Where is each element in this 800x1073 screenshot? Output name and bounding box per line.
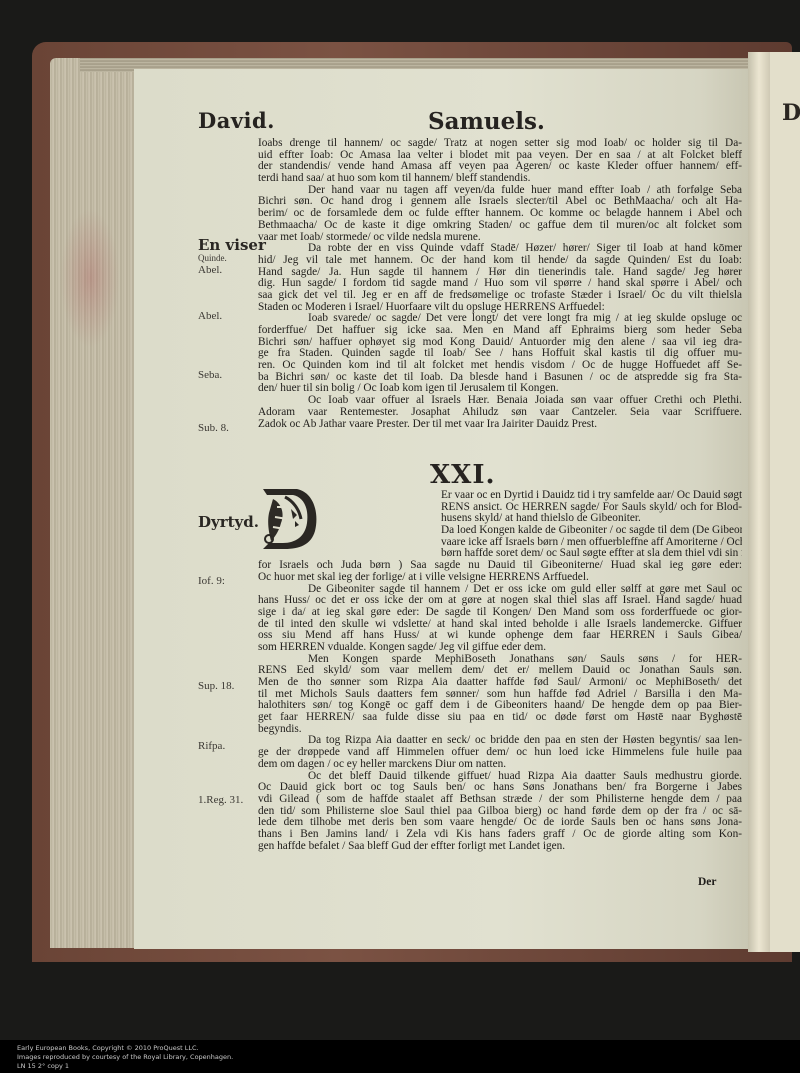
text-line: Er vaar oc en Dyrtid i Dauidz tid i try …: [258, 490, 742, 502]
text-line: vaar met Ioab/ stormede/ oc vilde nedsla…: [258, 232, 742, 244]
running-head: David. Samuels.: [0, 108, 800, 138]
text-line: Bichri søn. Oc hand drog i gennem alle I…: [258, 196, 742, 208]
text-line: get faar HERREN/ saa fulde disse siu paa…: [258, 712, 742, 724]
page-stack-edge: [50, 58, 136, 948]
text-line: Men Kongen sparde MephiBoseth Jonathans …: [258, 654, 742, 666]
text-line: ge der drøppede vand aff Himmelen offuer…: [258, 747, 742, 759]
text-line: Oc Ioab vaar offuer al Israels Hær. Bena…: [258, 395, 742, 407]
text-line: RENS ansict. Oc HERREN sagde/ For Sauls …: [258, 502, 742, 514]
text-line: Zadok oc Ab Jathar vaare Prester. Der ti…: [258, 419, 742, 431]
text-line: for Israels och Juda børn ) Saa sagde nu…: [258, 560, 742, 572]
text-line: saa gick det vel til. Jeg er en aff de f…: [258, 290, 742, 302]
margin-note: Rifpa.: [198, 740, 225, 752]
facing-page: D: [770, 52, 800, 952]
courtesy-line: Images reproduced by courtesy of the Roy…: [17, 1053, 233, 1061]
copyright-footer: Early European Books, Copyright © 2010 P…: [0, 1040, 800, 1073]
text-line: som HERREN vdualde. Kongen sagde/ Jeg vi…: [258, 642, 742, 654]
text-line: husens skyld/ at hand thielslo de Gibeon…: [258, 513, 742, 525]
text-block-chapter-xxi: Er vaar oc en Dyrtid i Dauidz tid i try …: [258, 490, 742, 852]
margin-note: Seba.: [198, 369, 222, 381]
copyright-line: Early European Books, Copyright © 2010 P…: [17, 1044, 199, 1052]
text-line: Bethmaacha/ Oc de kaste it dige omkring …: [258, 220, 742, 232]
text-line: Oc huor met skal ieg der forlige/ at i v…: [258, 572, 742, 584]
margin-note: Abel.: [198, 264, 222, 276]
margin-note: Dyrtyd.: [198, 513, 259, 531]
text-line: gen haffde befalet / Saa bleff Gud der e…: [258, 841, 742, 853]
text-line: uid effter Ioab: Oc Amasa laa velter i b…: [258, 150, 742, 162]
text-line: der standendis/ vende hand Amasa aff vey…: [258, 161, 742, 173]
book-gutter: [748, 52, 770, 952]
running-head-left: David.: [198, 108, 275, 133]
text-line: Oc Dauid gick bort oc tog Sauls ben/ oc …: [258, 782, 742, 794]
shelfmark-line: LN 15 2° copy 1: [17, 1062, 69, 1070]
text-line: dig. Hun sagde/ I fordom tid sagde mand …: [258, 278, 742, 290]
text-line: lede dem tilhobe met deris ben som vaare…: [258, 817, 742, 829]
book-photograph: D David. Samuels. En viserQuinde.Abel.Ab…: [0, 0, 800, 1040]
text-line: halothiters søn/ tog Kongē oc gaff dem i…: [258, 700, 742, 712]
text-line: Da tog Rizpa Aia daatter en seck/ oc bri…: [258, 735, 742, 747]
margin-note: 1.Reg. 31.: [198, 794, 243, 806]
margin-note: Iof. 9:: [198, 575, 225, 587]
text-line: Staden oc Moderen i Israel/ Huorfaare vi…: [258, 302, 742, 314]
text-line: berim/ oc de forsamlede dem oc fulde eff…: [258, 208, 742, 220]
text-line: ba Bichri søn/ oc kaste det til Ioab. Da…: [258, 372, 742, 384]
text-line: den/ huer til sin bolig / Oc Ioab kom ig…: [258, 383, 742, 395]
margin-note: Quinde.: [198, 253, 227, 263]
text-line: De Gibeoniter sagde til hannem / Det er …: [258, 584, 742, 596]
chapter-heading: XXI.: [430, 460, 550, 490]
text-line: hans Huss/ oc det er oss icke der om at …: [258, 595, 742, 607]
text-line: Ioabs drenge til hannem/ oc sagde/ Tratz…: [258, 138, 742, 150]
text-line: Da robte der en viss Quinde vdaff Stadē/…: [258, 243, 742, 255]
text-line: ren. Oc Quinden kom ind til alt folcket …: [258, 360, 742, 372]
text-line: vaare icke aff Israels børn / men offuer…: [258, 537, 742, 549]
text-line: ge fra Staden. Quinden sagde til Ioab/ S…: [258, 348, 742, 360]
text-line: Ioab svarede/ oc sagde/ Det vere longt/ …: [258, 313, 742, 325]
text-line: Adoram vaar Rentemester. Josaphat Ahilud…: [258, 407, 742, 419]
text-line: børn haffde soret dem/ oc Saul søgte eff…: [258, 548, 742, 560]
running-head-title: Samuels.: [428, 108, 545, 135]
text-line: dem om dagen / oc ey heller marckens Diu…: [258, 759, 742, 771]
text-line: vdi Gilead ( som de haffde staalet aff B…: [258, 794, 742, 806]
text-line: oss siu Mend aff hans Huss/ at wi kunde …: [258, 630, 742, 642]
text-line: de til inted den skulle wi vdslette/ at …: [258, 619, 742, 631]
text-line: den tid/ som Philisterne sloe Saul thiel…: [258, 806, 742, 818]
catchword: Der: [698, 876, 717, 888]
margin-note: Sub. 8.: [198, 422, 229, 434]
text-line: Oc det bleff Dauid tilkende giffuet/ hua…: [258, 771, 742, 783]
text-line: forderffue/ Det haffuer sig icke saa. Me…: [258, 325, 742, 337]
margin-note: Sup. 18.: [198, 680, 234, 692]
text-line: Men de tho sønner som Rizpa Aia daatter …: [258, 677, 742, 689]
text-line: sige i da/ at ieg skal gøre eder: De sag…: [258, 607, 742, 619]
text-line: Bichri søn/ haffuer ophøyet sig mod Kong…: [258, 337, 742, 349]
text-line: begyndis.: [258, 724, 742, 736]
text-line: Der hand vaar nu tagen aff veyen/da fuld…: [258, 185, 742, 197]
text-line: til met Michols Sauls daatters fem sønne…: [258, 689, 742, 701]
text-line: terdi hand saa/ at huo som kom til hanne…: [258, 173, 742, 185]
text-line: RENS Eed skyld/ som vaar mellem dem/ det…: [258, 665, 742, 677]
text-line: Da loed Kongen kalde de Gibeoniter / oc …: [258, 525, 742, 537]
text-block-chapter-xx-end: Ioabs drenge til hannem/ oc sagde/ Tratz…: [258, 138, 742, 430]
text-line: hid/ Jeg vil tale met hannem. Oc der han…: [258, 255, 742, 267]
text-line: Hand sagde/ Ja. Hun sagde til hannem / H…: [258, 267, 742, 279]
margin-note: Abel.: [198, 310, 222, 322]
margin-note: En viser: [198, 236, 266, 254]
text-line: thans i Ben Jamins land/ i Zela vdi Kis …: [258, 829, 742, 841]
